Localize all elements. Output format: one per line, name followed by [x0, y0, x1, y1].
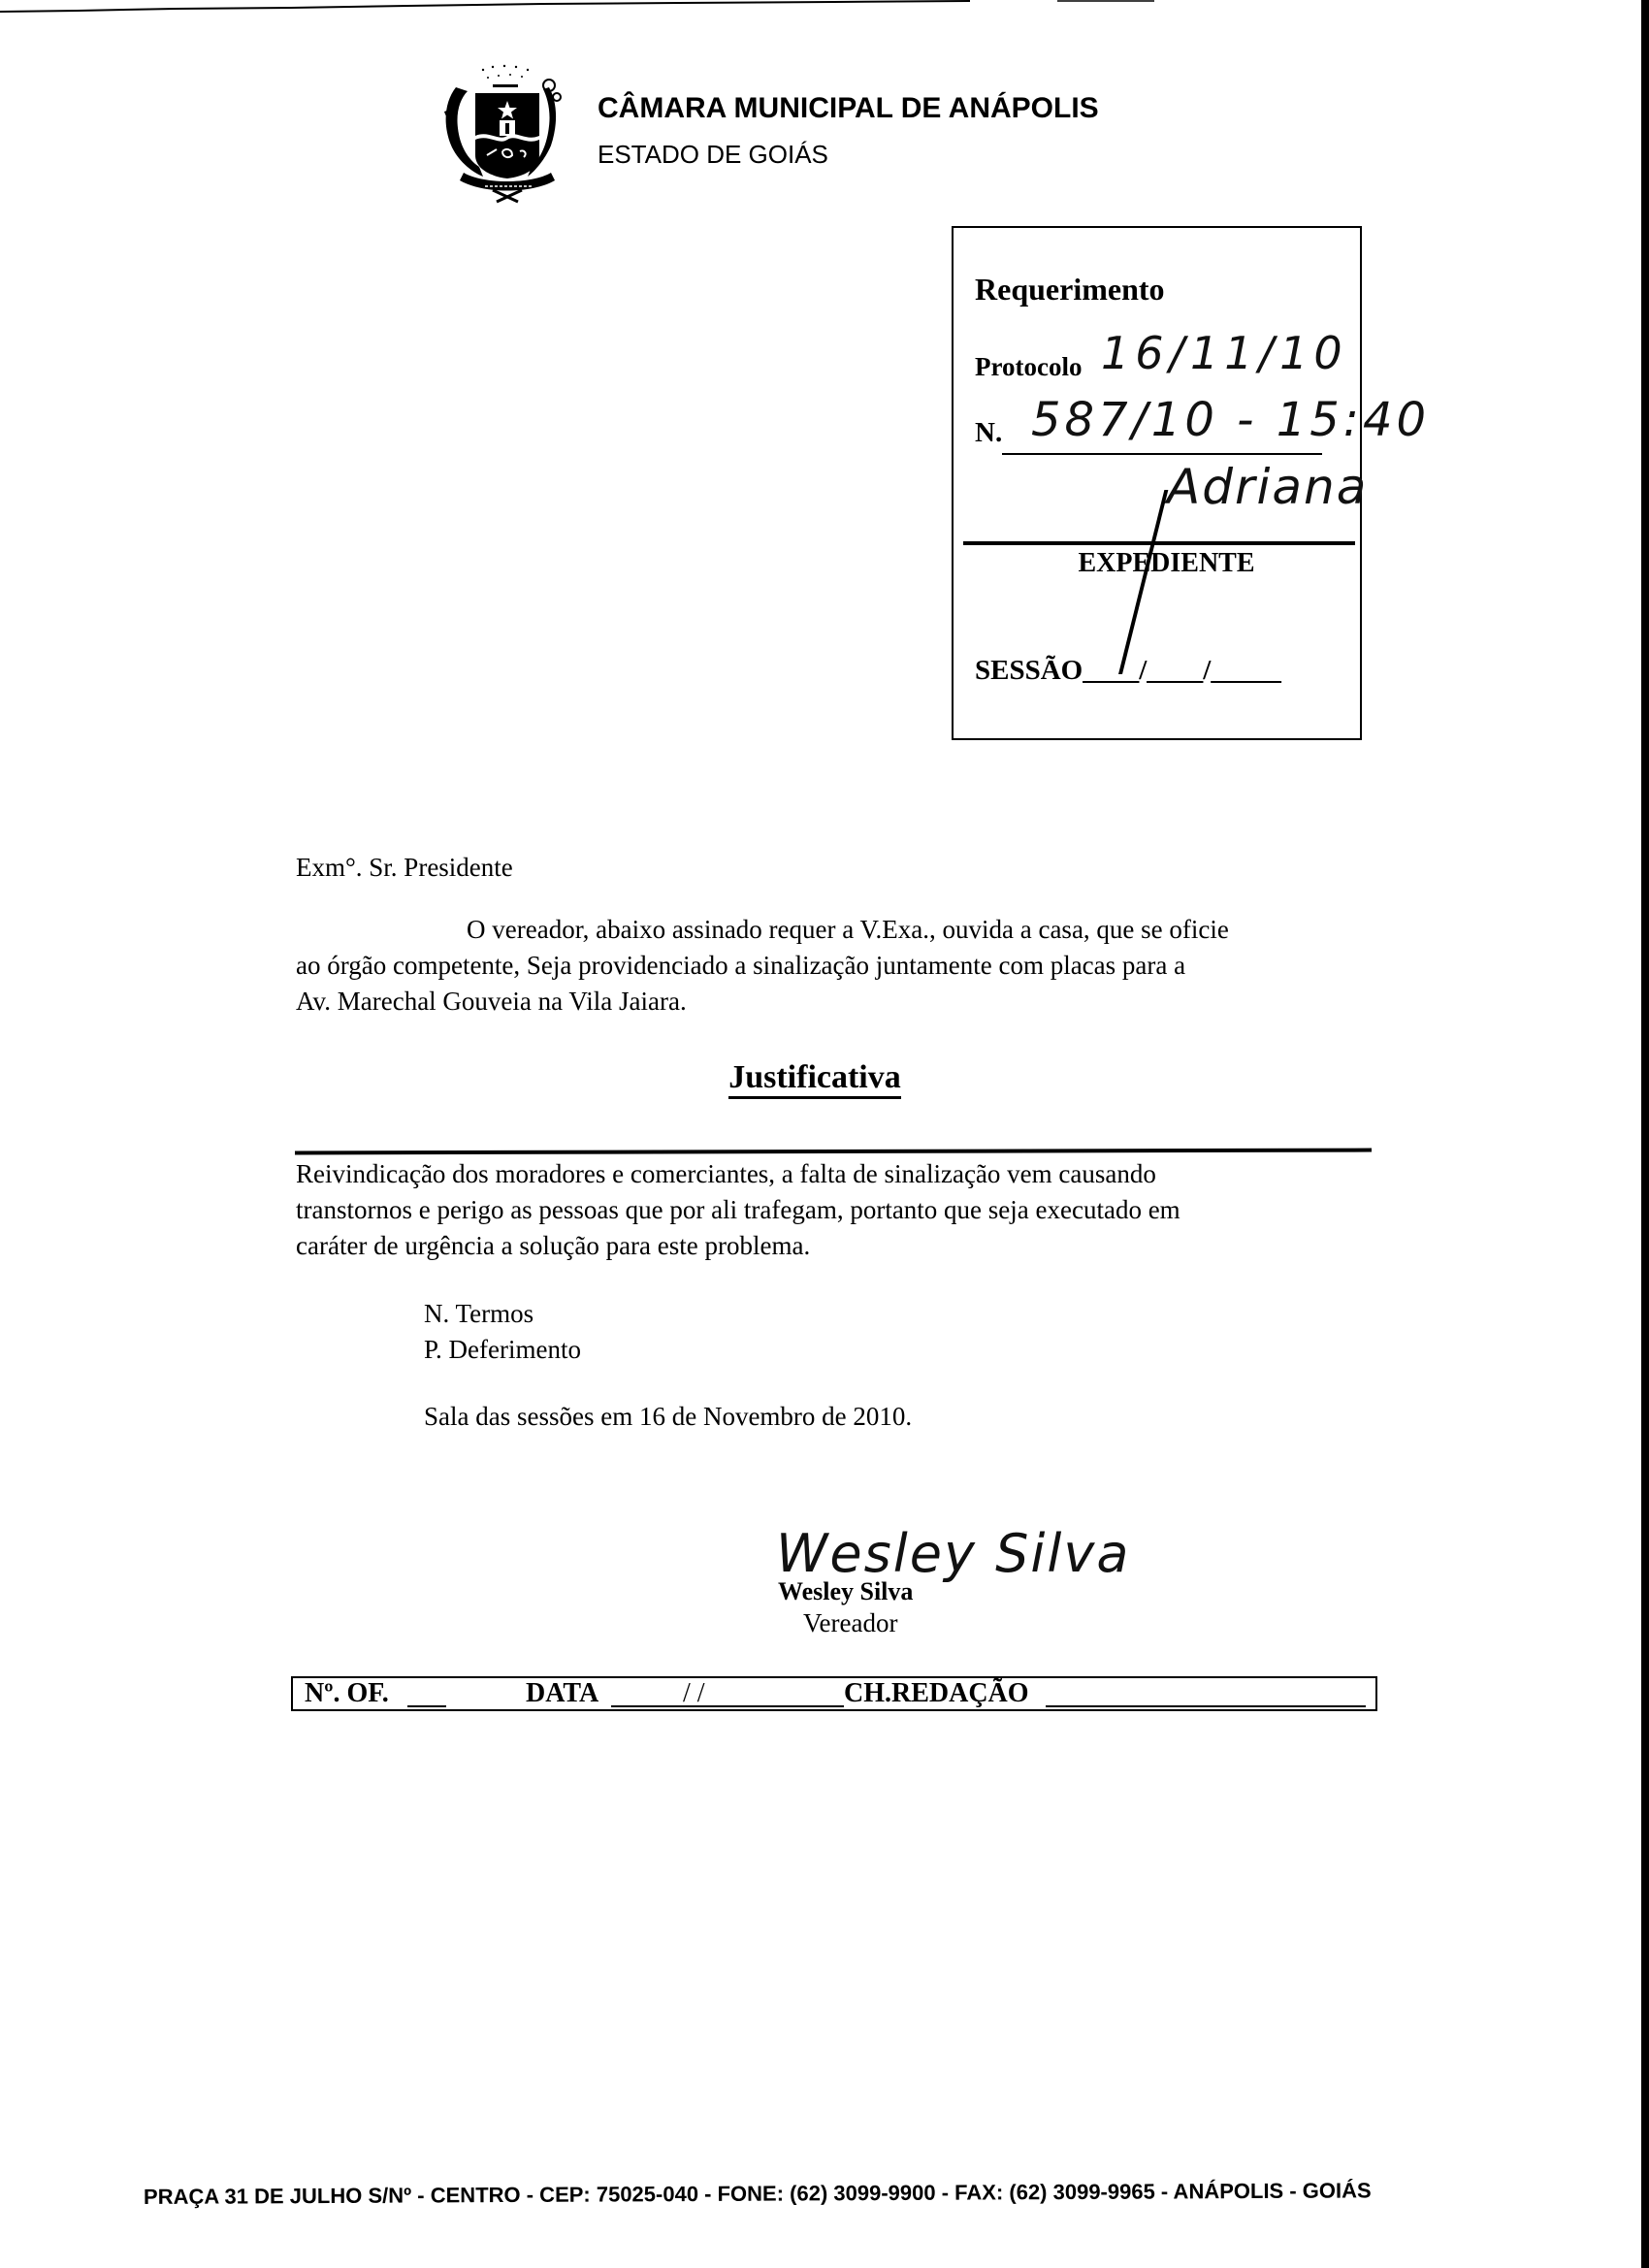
protocolo-date-handwritten: 16/11/10	[1101, 327, 1348, 379]
office-number-line	[407, 1705, 446, 1707]
stamp-divider	[963, 541, 1355, 545]
closing-line: P. Deferimento	[424, 1332, 581, 1368]
place-date: Sala das sessões em 16 de Novembro de 20…	[424, 1399, 912, 1435]
office-date-value: / /	[683, 1678, 705, 1709]
protocol-number-label: N.	[975, 417, 1002, 449]
closing-line: N. Termos	[424, 1296, 581, 1332]
ch-redacao-label: CH.REDAÇÃO	[844, 1678, 1029, 1709]
institution-title: CÂMARA MUNICIPAL DE ANÁPOLIS	[598, 92, 1099, 125]
request-line: O vereador, abaixo assinado requer a V.E…	[296, 912, 1363, 948]
scan-edge-artifact	[0, 0, 1164, 14]
justification-line: Reivindicação dos moradores e comerciant…	[296, 1156, 1180, 1192]
justification-rule	[295, 1149, 1372, 1155]
footer-address: PRAÇA 31 DE JULHO S/Nº - CENTRO - CEP: 7…	[144, 2178, 1372, 2210]
salutation: Exm°. Sr. Presidente	[296, 850, 513, 886]
request-line: Av. Marechal Gouveia na Vila Jaiara.	[296, 984, 1363, 1020]
justification-heading: Justificativa	[0, 1059, 1630, 1096]
ch-redacao-line	[1046, 1705, 1366, 1707]
institution-subtitle: ESTADO DE GOIÁS	[598, 140, 828, 170]
signer-role: Vereador	[803, 1608, 897, 1638]
request-line: ao órgão competente, Seja providenciado …	[296, 948, 1363, 984]
stamp-title: Requerimento	[975, 272, 1165, 308]
protocol-number-handwritten: 587/10 - 15:40	[1031, 393, 1430, 447]
justification-line: transtornos e perigo as pessoas que por …	[296, 1192, 1180, 1228]
office-number-label: Nº. OF.	[305, 1678, 389, 1709]
protocol-stamp: Requerimento Protocolo 16/11/10 N. 587/1…	[952, 226, 1362, 740]
expediente-label: EXPEDIENTE	[954, 548, 1360, 579]
office-date-line	[611, 1705, 844, 1707]
signature-stroke	[1118, 490, 1168, 674]
sessao-field: SESSÃO____/____/_____	[975, 655, 1281, 687]
sessao-label: SESSÃO	[975, 655, 1083, 686]
protocol-number-underline	[1002, 453, 1322, 455]
request-paragraph: O vereador, abaixo assinado requer a V.E…	[296, 912, 1363, 1020]
office-control-box: Nº. OF. DATA / / CH.REDAÇÃO	[291, 1676, 1377, 1711]
coat-of-arms-icon	[435, 58, 580, 204]
closing-formula: N. Termos P. Deferimento	[424, 1296, 581, 1368]
scan-border-strip	[1641, 0, 1649, 2268]
office-date-label: DATA	[526, 1678, 598, 1709]
handwritten-signature: Wesley Silva	[776, 1523, 1130, 1584]
justification-paragraph: Reivindicação dos moradores e comerciant…	[296, 1156, 1180, 1264]
receiver-signature: Adriana	[1167, 459, 1368, 515]
protocolo-label: Protocolo	[975, 352, 1082, 382]
signer-name: Wesley Silva	[778, 1577, 913, 1606]
justification-line: caráter de urgência a solução para este …	[296, 1228, 1180, 1264]
sessao-value: ____/____/_____	[1083, 655, 1281, 686]
